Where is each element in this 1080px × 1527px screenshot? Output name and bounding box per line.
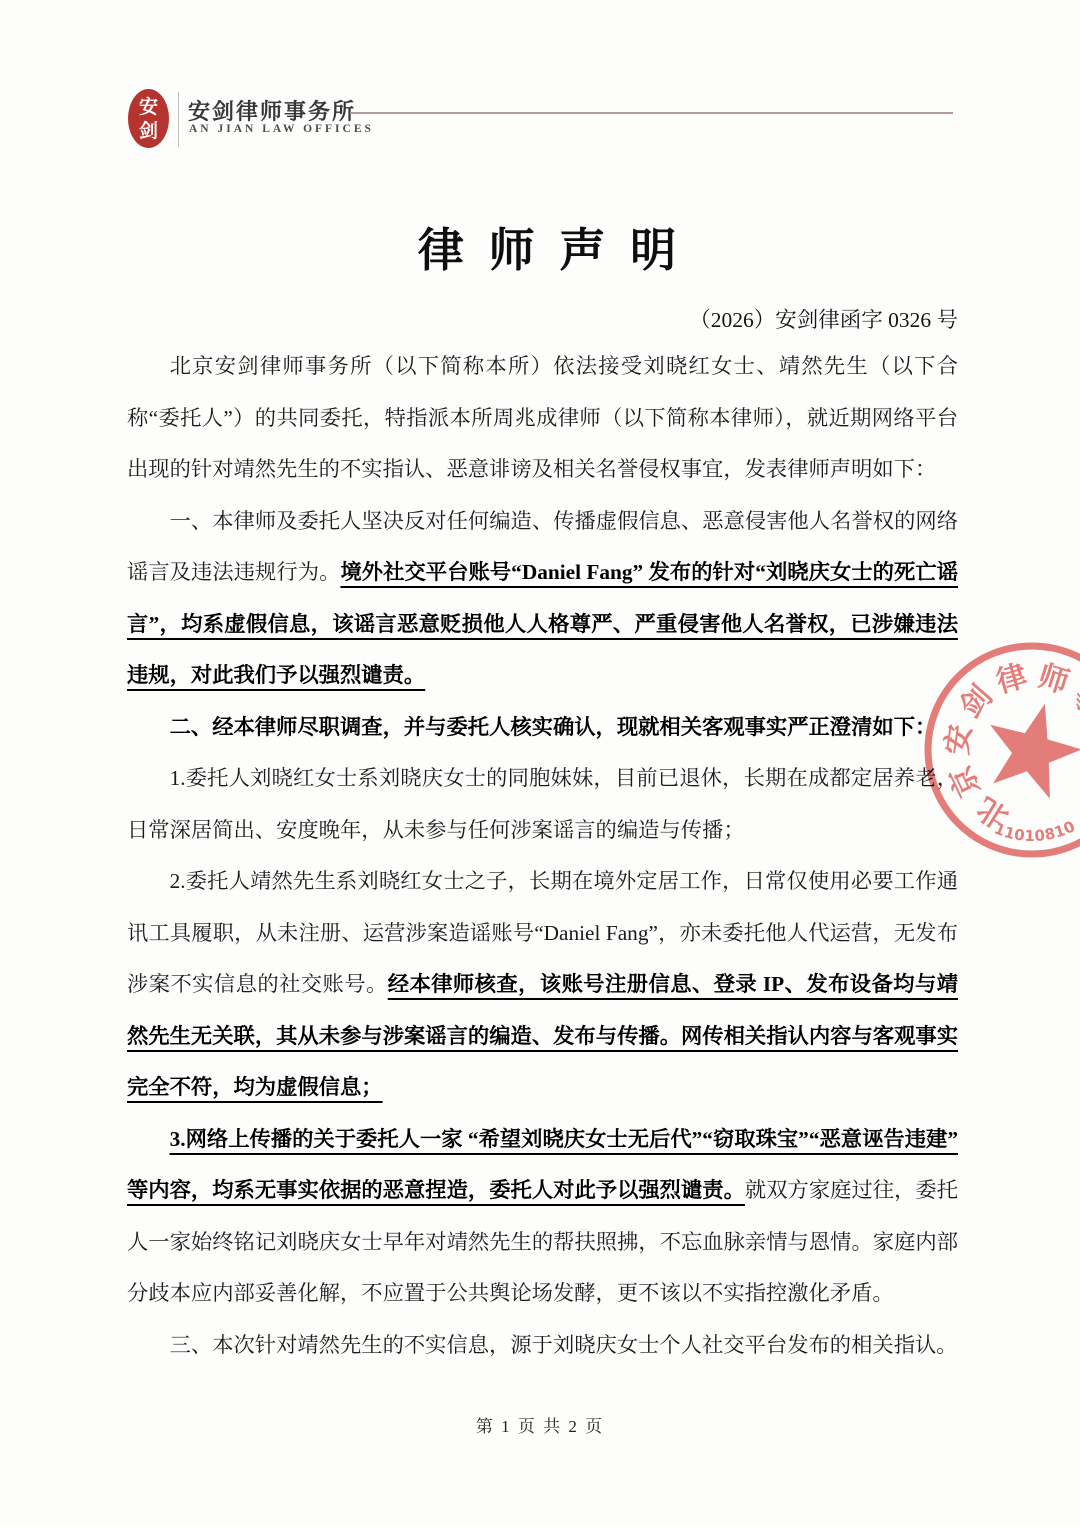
text-segment: 北京安剑律师事务所（以下简称本所）依法接受刘晓红女士、靖然先生（以下合称“委托人… <box>127 354 958 481</box>
law-firm-logo-seal-icon: 安 剑 <box>127 88 170 149</box>
paragraph: 2.委托人靖然先生系刘晓红女士之子，长期在境外定居工作，日常仅使用必要工作通讯工… <box>127 856 958 1114</box>
header-divider <box>178 92 179 147</box>
stamp-ring-char: 北 <box>972 790 1015 834</box>
stamp-ring-char: 律 <box>993 659 1031 699</box>
stamp-ring-char: 事 <box>1066 681 1080 725</box>
paragraph: 二、经本律师尽职调查，并与委托人核实确认，现就相关客观事实严正澄清如下： <box>127 702 958 754</box>
paragraph: 三、本次针对靖然先生的不实信息，源于刘晓庆女士个人社交平台发布的相关指认。 <box>127 1320 958 1372</box>
paragraph: 一、本律师及委托人坚决反对任何编造、传播虚假信息、恶意侵害他人名誉权的网络谣言及… <box>127 496 958 702</box>
stamp-ring-char: 所 <box>1077 762 1080 803</box>
paragraph: 北京安剑律师事务所（以下简称本所）依法接受刘晓红女士、靖然先生（以下合称“委托人… <box>127 341 958 496</box>
paragraph: 1.委托人刘晓红女士系刘晓庆女士的同胞妹妹，目前已退休，长期在成都定居养老，日常… <box>127 753 958 856</box>
stamp-serial-digit: 0 <box>1013 825 1026 844</box>
document-title: 律 师 声 明 <box>0 214 1080 280</box>
stamp-serial-number: 11010810 <box>992 817 1078 845</box>
header-rule <box>350 112 953 114</box>
text-segment: 二、经本律师尽职调查，并与委托人核实确认，现就相关客观事实严正澄清如下： <box>170 715 937 739</box>
stamp-serial-digit: 8 <box>1043 824 1057 844</box>
stamp-star-icon <box>990 704 1080 799</box>
paragraph: 3.网络上传播的关于委托人一家 “希望刘晓庆女士无后代”“窃取珠宝”“恶意诬告违… <box>127 1114 958 1320</box>
stamp-ring-text: 北京安剑律师事务所 <box>941 659 1080 834</box>
stamp-ring-char: 师 <box>1034 660 1072 700</box>
document-body: 北京安剑律师事务所（以下简称本所）依法接受刘晓红女士、靖然先生（以下合称“委托人… <box>127 341 958 1371</box>
stamp-serial-digit: 0 <box>1034 826 1046 845</box>
logo-char-top: 安 <box>139 95 158 118</box>
stamp-serial-digit: 1 <box>1002 823 1017 843</box>
stamp-serial-digit: 1 <box>1052 821 1068 841</box>
document-page: 安 剑 安剑律师事务所 AN JIAN LAW OFFICES 律 师 声 明 … <box>0 0 1080 1527</box>
text-segment: 三、本次针对靖然先生的不实信息，源于刘晓庆女士个人社交平台发布的相关指认。 <box>170 1333 958 1357</box>
firm-name-cn: 安剑律师事务所 <box>188 95 356 126</box>
text-segment: 1.委托人刘晓红女士系刘晓庆女士的同胞妹妹，目前已退休，长期在成都定居养老，日常… <box>127 766 958 842</box>
document-number: （2026）安剑律函字 0326 号 <box>127 303 958 334</box>
stamp-serial-digit: 1 <box>992 819 1008 840</box>
logo-char-bottom: 剑 <box>139 120 158 142</box>
page-number-footer: 第 1 页 共 2 页 <box>0 1412 1080 1437</box>
stamp-ring-char: 剑 <box>954 680 999 724</box>
stamp-serial-digit: 1 <box>1024 827 1035 845</box>
stamp-serial-digit: 0 <box>1061 817 1078 838</box>
firm-name-en: AN JIAN LAW OFFICES <box>189 123 374 135</box>
